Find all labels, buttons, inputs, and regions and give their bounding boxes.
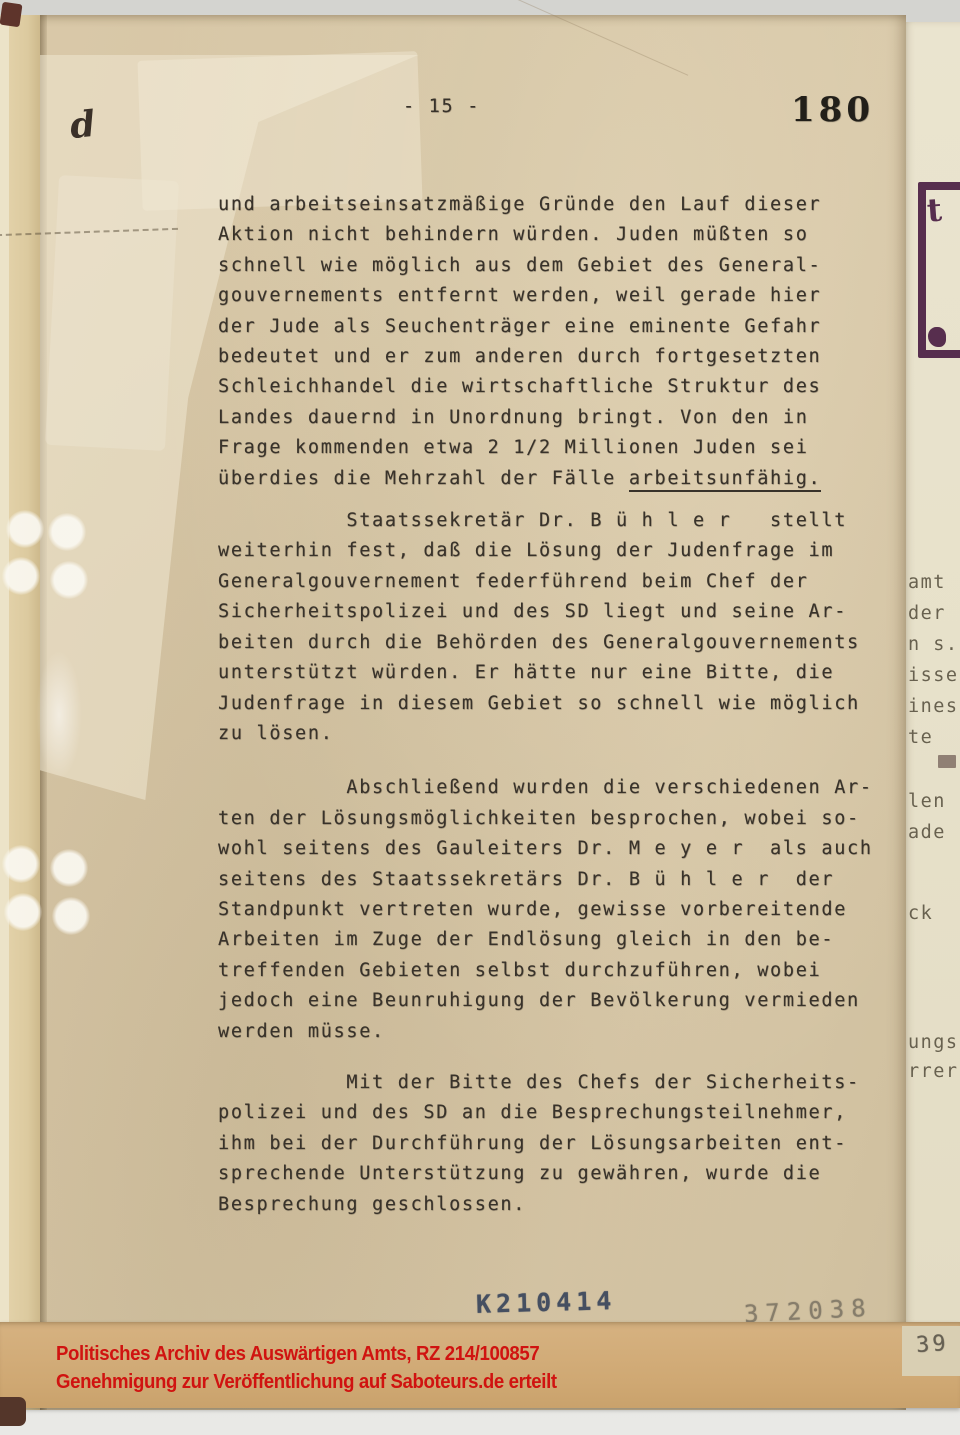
edge-text-fragment: ines bbox=[908, 696, 959, 717]
edge-text-fragment: amt bbox=[908, 572, 946, 593]
typed-line: der Jude als Seuchenträger eine eminente… bbox=[218, 312, 890, 342]
hole-punch-reinforcement bbox=[50, 561, 88, 599]
binder-spine bbox=[0, 1397, 26, 1426]
typed-line: Staatssekretär Dr. B ü h l e r stellt bbox=[218, 506, 890, 536]
tape-repair bbox=[137, 51, 422, 211]
typed-line: weiterhin fest, daß die Lösung der Juden… bbox=[218, 536, 890, 566]
typed-line: Arbeiten im Zuge der Endlösung gleich in… bbox=[218, 925, 890, 955]
typed-line: sprechende Unterstützung zu gewähren, wu… bbox=[218, 1159, 890, 1189]
binder-clip bbox=[0, 2, 23, 28]
typed-line: schnell wie möglich aus dem Gebiet des G… bbox=[218, 251, 890, 281]
typed-line: Generalgouvernement federführend beim Ch… bbox=[218, 567, 890, 597]
page-number: - 15 - bbox=[403, 96, 480, 117]
edge-text-fragment: ade bbox=[908, 822, 946, 843]
typed-line: Judenfrage in diesem Gebiet so schnell w… bbox=[218, 689, 890, 719]
document-scan-page: { "header": { "page_number": "- 15 -", "… bbox=[0, 0, 960, 1435]
typed-line: beiten durch die Behörden des Generalgou… bbox=[218, 628, 890, 658]
publication-permission-text: Genehmigung zur Veröffentlichung auf Sab… bbox=[56, 1371, 557, 1394]
paragraph: Abschließend wurden die verschiedenen Ar… bbox=[218, 773, 890, 1047]
typewritten-text-block: und arbeitseinsatzmäßige Gründe den Lauf… bbox=[218, 190, 890, 1220]
page-stack-edge bbox=[0, 15, 9, 1410]
typed-line: Landes dauernd in Unordnung bringt. Von … bbox=[218, 403, 890, 433]
hole-punch-reinforcement bbox=[50, 849, 88, 887]
underlined-word: arbeitsunfähig. bbox=[629, 468, 822, 492]
hole-punch-reinforcement bbox=[6, 510, 44, 548]
typed-line: werden müsse. bbox=[218, 1017, 890, 1047]
typed-line: gouvernements entfernt werden, weil gera… bbox=[218, 281, 890, 311]
frame-stamp-glyph: t bbox=[926, 194, 943, 227]
cover-strip: Politisches Archiv des Auswärtigen Amts,… bbox=[0, 1322, 960, 1408]
edge-text-fragment: len bbox=[908, 791, 946, 812]
typed-line: treffenden Gebieten selbst durchzuführen… bbox=[218, 956, 890, 986]
purple-frame-stamp: t bbox=[918, 182, 960, 358]
handwritten-mark: d bbox=[68, 103, 97, 147]
underlying-page-edge: t amtdern s.isseinestelenadeckungsrrer bbox=[902, 22, 960, 1334]
edge-text-fragment: n s. bbox=[908, 634, 959, 655]
archive-reference-text: Politisches Archiv des Auswärtigen Amts,… bbox=[56, 1343, 539, 1366]
hole-punch-reinforcement bbox=[4, 893, 42, 931]
typed-line: Mit der Bitte des Chefs der Sicherheits- bbox=[218, 1068, 890, 1098]
paragraph: Staatssekretär Dr. B ü h l e r stelltwei… bbox=[218, 506, 890, 749]
typed-line: jedoch eine Beunruhigung der Bevölkerung… bbox=[218, 986, 890, 1016]
typed-line: wohl seitens des Gauleiters Dr. M e y e … bbox=[218, 834, 890, 864]
typed-line: unterstützt würden. Er hätte nur eine Bi… bbox=[218, 658, 890, 688]
typed-line: Besprechung geschlossen. bbox=[218, 1190, 890, 1220]
typed-line-prefix: überdies die Mehrzahl der Fälle bbox=[218, 468, 629, 489]
tape-repair bbox=[45, 175, 179, 451]
typed-line: Schleichhandel die wirtschaftliche Struk… bbox=[218, 372, 890, 402]
typed-line: Aktion nicht behindern würden. Juden müß… bbox=[218, 220, 890, 250]
edge-text-fragment: ck bbox=[908, 903, 933, 924]
hole-punch-reinforcement bbox=[48, 513, 86, 551]
typed-line: Sicherheitspolizei und des SD liegt und … bbox=[218, 597, 890, 627]
paragraph: und arbeitseinsatzmäßige Gründe den Lauf… bbox=[218, 190, 890, 494]
corner-page-number: 39 bbox=[915, 1331, 949, 1358]
edge-text-fragment: te bbox=[908, 727, 933, 748]
typed-line: ihm bei der Durchführung der Lösungsarbe… bbox=[218, 1129, 890, 1159]
typed-line: und arbeitseinsatzmäßige Gründe den Lauf… bbox=[218, 190, 890, 220]
glue-spot bbox=[36, 650, 82, 780]
stamp-ink-blob bbox=[928, 327, 946, 347]
typed-line: bedeutet und er zum anderen durch fortge… bbox=[218, 342, 890, 372]
folio-number-stamp: 180 bbox=[791, 90, 874, 130]
typed-line: Standpunkt vertreten wurde, gewisse vorb… bbox=[218, 895, 890, 925]
k-number-stamp: K210414 bbox=[476, 1286, 617, 1319]
hole-punch-reinforcement bbox=[52, 897, 90, 935]
typed-line: überdies die Mehrzahl der Fälle arbeitsu… bbox=[218, 464, 890, 494]
typed-line: zu lösen. bbox=[218, 719, 890, 749]
hole-punch-reinforcement bbox=[2, 845, 40, 883]
typed-line: seitens des Staatssekretärs Dr. B ü h l … bbox=[218, 865, 890, 895]
typed-line: polizei und des SD an die Besprechungste… bbox=[218, 1098, 890, 1128]
stamp-fragment bbox=[938, 755, 956, 768]
typed-line: Frage kommenden etwa 2 1/2 Millionen Jud… bbox=[218, 433, 890, 463]
edge-text-fragment: ungs bbox=[908, 1032, 959, 1053]
typed-line: Abschließend wurden die verschiedenen Ar… bbox=[218, 773, 890, 803]
paragraph: Mit der Bitte des Chefs der Sicherheits-… bbox=[218, 1068, 890, 1220]
typed-line: ten der Lösungsmöglichkeiten besprochen,… bbox=[218, 804, 890, 834]
hole-punch-reinforcement bbox=[2, 557, 40, 595]
edge-text-fragment: isse bbox=[908, 665, 959, 686]
edge-text-fragment: rrer bbox=[908, 1061, 959, 1082]
edge-text-fragment: der bbox=[908, 603, 946, 624]
